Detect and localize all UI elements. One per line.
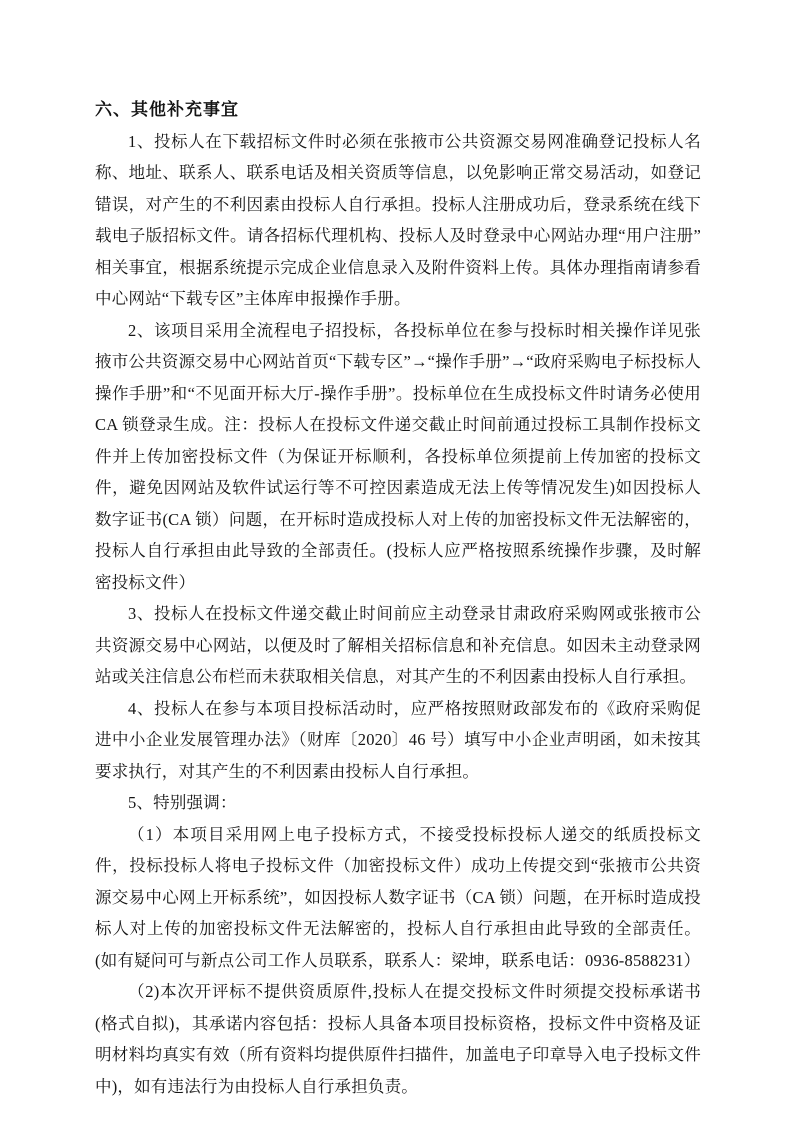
paragraph-7: （2)本次开评标不提供资质原件,投标人在提交投标文件时须提交投标承诺书(格式自拟… xyxy=(95,976,701,1102)
paragraph-6: （1）本项目采用网上电子投标方式，不接受投标投标人递交的纸质投标文件，投标投标人… xyxy=(95,819,701,977)
paragraph-1: 1、投标人在下载招标文件时必须在张掖市公共资源交易网准确登记投标人名称、地址、联… xyxy=(95,126,701,315)
section-heading: 六、其他补充事宜 xyxy=(95,94,701,126)
paragraph-4: 4、投标人在参与本项目投标活动时，应严格按照财政部发布的《政府采购促进中小企业发… xyxy=(95,693,701,788)
paragraph-5: 5、特别强调： xyxy=(95,787,701,819)
paragraph-3: 3、投标人在投标文件递交截止时间前应主动登录甘肃政府采购网或张掖市公共资源交易中… xyxy=(95,598,701,693)
document-page: 六、其他补充事宜 1、投标人在下载招标文件时必须在张掖市公共资源交易网准确登记投… xyxy=(0,0,793,1122)
paragraph-2: 2、该项目采用全流程电子招投标，各投标单位在参与投标时相关操作详见张掖市公共资源… xyxy=(95,315,701,599)
